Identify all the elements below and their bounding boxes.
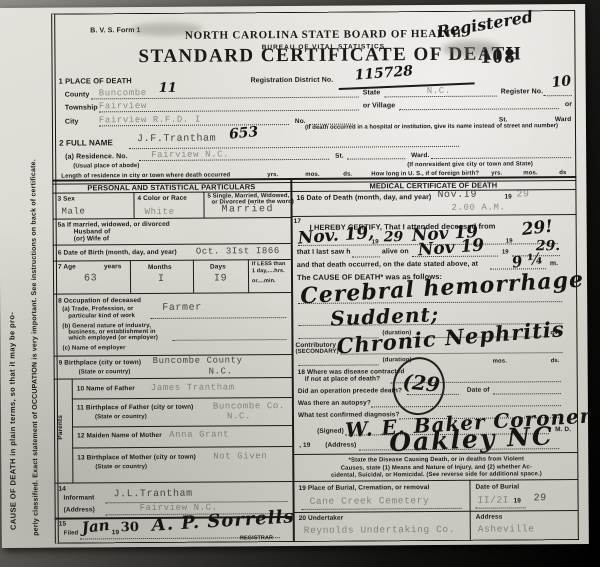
- years-label: years: [104, 263, 122, 270]
- register-no-value: 10: [551, 73, 572, 91]
- cell-divider: [203, 192, 204, 218]
- employer-label: (c) Name of employer: [62, 345, 125, 352]
- birthplace-label: 9 Birthplace (city or town): [59, 359, 142, 367]
- residence-ward-label: Ward.: [411, 152, 429, 159]
- duration2-mos-label: mos.: [493, 359, 507, 366]
- birthplace-state-value: N.C.: [209, 366, 233, 376]
- registrar-label: REGISTRAR: [240, 535, 273, 542]
- father-birthplace-label: 11 Birthplace of Father (city or town): [77, 404, 194, 412]
- city-label: City: [65, 118, 79, 126]
- burial-year-value: 29: [534, 494, 547, 504]
- mother-birthplace-label: 13 Birthplace of Mother (city or town): [77, 454, 196, 462]
- md-label: M. D.: [555, 426, 571, 433]
- township-label: Township: [65, 104, 98, 112]
- address-label: (Address): [325, 442, 356, 449]
- age-years-value: 63: [84, 274, 97, 284]
- cell-divider: [130, 260, 131, 293]
- burial-19-label: 19: [514, 497, 521, 504]
- abode-note: (Usual place of abode): [73, 163, 139, 170]
- undertaker-address-value: Asheville: [478, 524, 535, 534]
- st-label: St.: [499, 117, 508, 124]
- married-to-label: 5a If married, widowed, or divorced: [58, 221, 170, 229]
- or-label: or: [565, 101, 572, 109]
- informant-value: J.L.Trantham: [113, 490, 192, 501]
- full-name-value: J.F.Trantham: [137, 135, 216, 146]
- date-of-label: Date of: [467, 387, 490, 394]
- state-country-label: (State or country): [79, 369, 131, 376]
- lastsaw-19-label: 19: [502, 249, 509, 256]
- informant-label: Informant: [64, 494, 95, 501]
- mother-state-label: (State or country): [95, 464, 147, 471]
- father-label: 10 Name of Father: [77, 385, 135, 392]
- filed-year-hand: 30: [121, 520, 139, 535]
- cell-divider: [248, 259, 249, 292]
- filed-month-hand: Jan: [81, 516, 111, 537]
- full-name-label: 2 FULL NAME: [59, 138, 113, 147]
- less-than-label-3: or....min.: [252, 278, 276, 285]
- residence-label: (a) Residence. No.: [65, 153, 128, 161]
- autopsy-label: Was there an autopsy?: [298, 399, 371, 407]
- months-label: Months: [148, 264, 172, 271]
- father-birthplace-value: Buncombe Co.: [213, 401, 285, 412]
- birthplace-value: Buncombe County: [153, 355, 243, 366]
- industry-label-3: which employed (or employer): [68, 335, 158, 343]
- to-year-hand: 29!: [521, 217, 554, 240]
- certify-number: 17: [294, 218, 301, 225]
- undertaker-label: 20 Undertaker: [299, 515, 344, 522]
- dotted-line: [407, 393, 459, 395]
- undertaker-address-label: Address: [476, 514, 503, 521]
- occurred-m-label: m.: [550, 260, 558, 268]
- mother-label: 12 Maiden Name of Mother: [77, 432, 162, 440]
- dod-year-value: 29: [516, 190, 529, 200]
- dob-value: Oct. 3Ist I866: [196, 246, 280, 257]
- less-than-label-2: 1 day,....hrs.: [252, 268, 285, 275]
- registration-district-label: Registration District No.: [251, 77, 334, 86]
- informant-number: 14: [58, 486, 65, 493]
- dod-19-label: 19: [504, 193, 511, 200]
- where-contracted-label-2: if not at place of death?: [305, 375, 381, 383]
- race-value: White: [145, 207, 175, 217]
- residence-st-label: St.: [335, 153, 344, 160]
- cell-divider: [133, 192, 134, 218]
- address-19-label: , 19: [299, 442, 310, 449]
- age-days-value: I9: [214, 274, 227, 284]
- dob-label: 6 Date of Birth (month, day, and year): [58, 249, 177, 257]
- death-time-value: 2.00 A.M.: [451, 203, 505, 213]
- filed-label: Filed: [64, 531, 79, 538]
- state-label: State: [363, 89, 381, 97]
- race-label: 4 Color or Race: [137, 195, 187, 202]
- mother-birthplace-value: Not Given: [213, 451, 267, 461]
- filed-19-label: 19: [112, 529, 119, 536]
- occupation-value: Farmer: [162, 304, 202, 314]
- last-saw-label: that I last saw h: [297, 249, 351, 257]
- date-of-death-label: 16 Date of Death (month, day, and year): [296, 194, 431, 203]
- dotted-line: [347, 157, 405, 159]
- mother-value: Anna Grant: [169, 429, 229, 439]
- filed-number: 15: [59, 521, 66, 528]
- certificate-paper: CAUSE OF DEATH in plain terms, so that i…: [0, 4, 589, 548]
- trade-label-2: particular kind of work: [68, 313, 135, 320]
- secondary-label: (SECONDARY): [296, 349, 339, 356]
- days-label: Days: [210, 263, 226, 270]
- age-months-value: I: [158, 275, 165, 285]
- ward-label: Ward: [555, 116, 571, 123]
- father-state-value: N.C.: [227, 411, 251, 421]
- marital-value: Married: [222, 205, 275, 215]
- age-label: 7 Age: [58, 264, 76, 271]
- burial-date-label: Date of Burial: [475, 483, 519, 490]
- alive-on-label: alive on: [382, 248, 409, 256]
- parents-label: Parents: [57, 415, 64, 440]
- village-label: or Village: [363, 102, 395, 110]
- father-value: James Trantham: [151, 382, 235, 393]
- margin-instruction-outer: CAUSE OF DEATH in plain terms, so that i…: [8, 312, 18, 530]
- sex-label: 3 Sex: [57, 196, 75, 203]
- signed-label: (Signed): [317, 428, 344, 435]
- undertaker-value: Reynolds Undertaking Co.: [304, 525, 455, 536]
- cell-divider: [193, 260, 194, 293]
- register-no-label: Register No.: [501, 88, 543, 96]
- county-number-hand: 11: [159, 81, 177, 96]
- date-of-death-value: Nov.I9: [437, 191, 477, 201]
- burial-place-value: Cane Creek Cemetery: [310, 496, 430, 507]
- full-name-hand-number: 653: [228, 124, 259, 143]
- sex-value: Male: [62, 206, 86, 216]
- dotted-line: [476, 506, 526, 508]
- dotted-line: [352, 255, 380, 257]
- father-state-label: (State or country): [95, 414, 147, 421]
- informant-address-label: (Address): [64, 506, 95, 513]
- nonresident-note: (If nonresident give city or town and St…: [407, 161, 533, 169]
- burial-place-label: 19 Place of Burial, Cremation, or remova…: [298, 484, 429, 492]
- operation-label: Did an operation precede death?: [298, 387, 402, 395]
- certificate-number: 108: [480, 53, 516, 60]
- wife-of-label: (or) Wife of: [74, 235, 110, 242]
- county-label: County: [65, 91, 90, 99]
- duration2-ds-label: ds.: [551, 358, 560, 365]
- dotted-line: [544, 94, 572, 96]
- occupation-label: 8 Occupation of deceased: [58, 297, 141, 305]
- margin-instruction-inner: perly classified. Exact statement of OCC…: [30, 159, 41, 536]
- burial-date-value: II/2I: [478, 496, 510, 506]
- org-title: NORTH CAROLINA STATE BOARD OF HEALTH: [163, 31, 483, 40]
- death-occurred-label: and that death occurred, on the date sta…: [297, 261, 478, 270]
- place-of-death-label: 1 PLACE OF DEATH: [59, 77, 132, 86]
